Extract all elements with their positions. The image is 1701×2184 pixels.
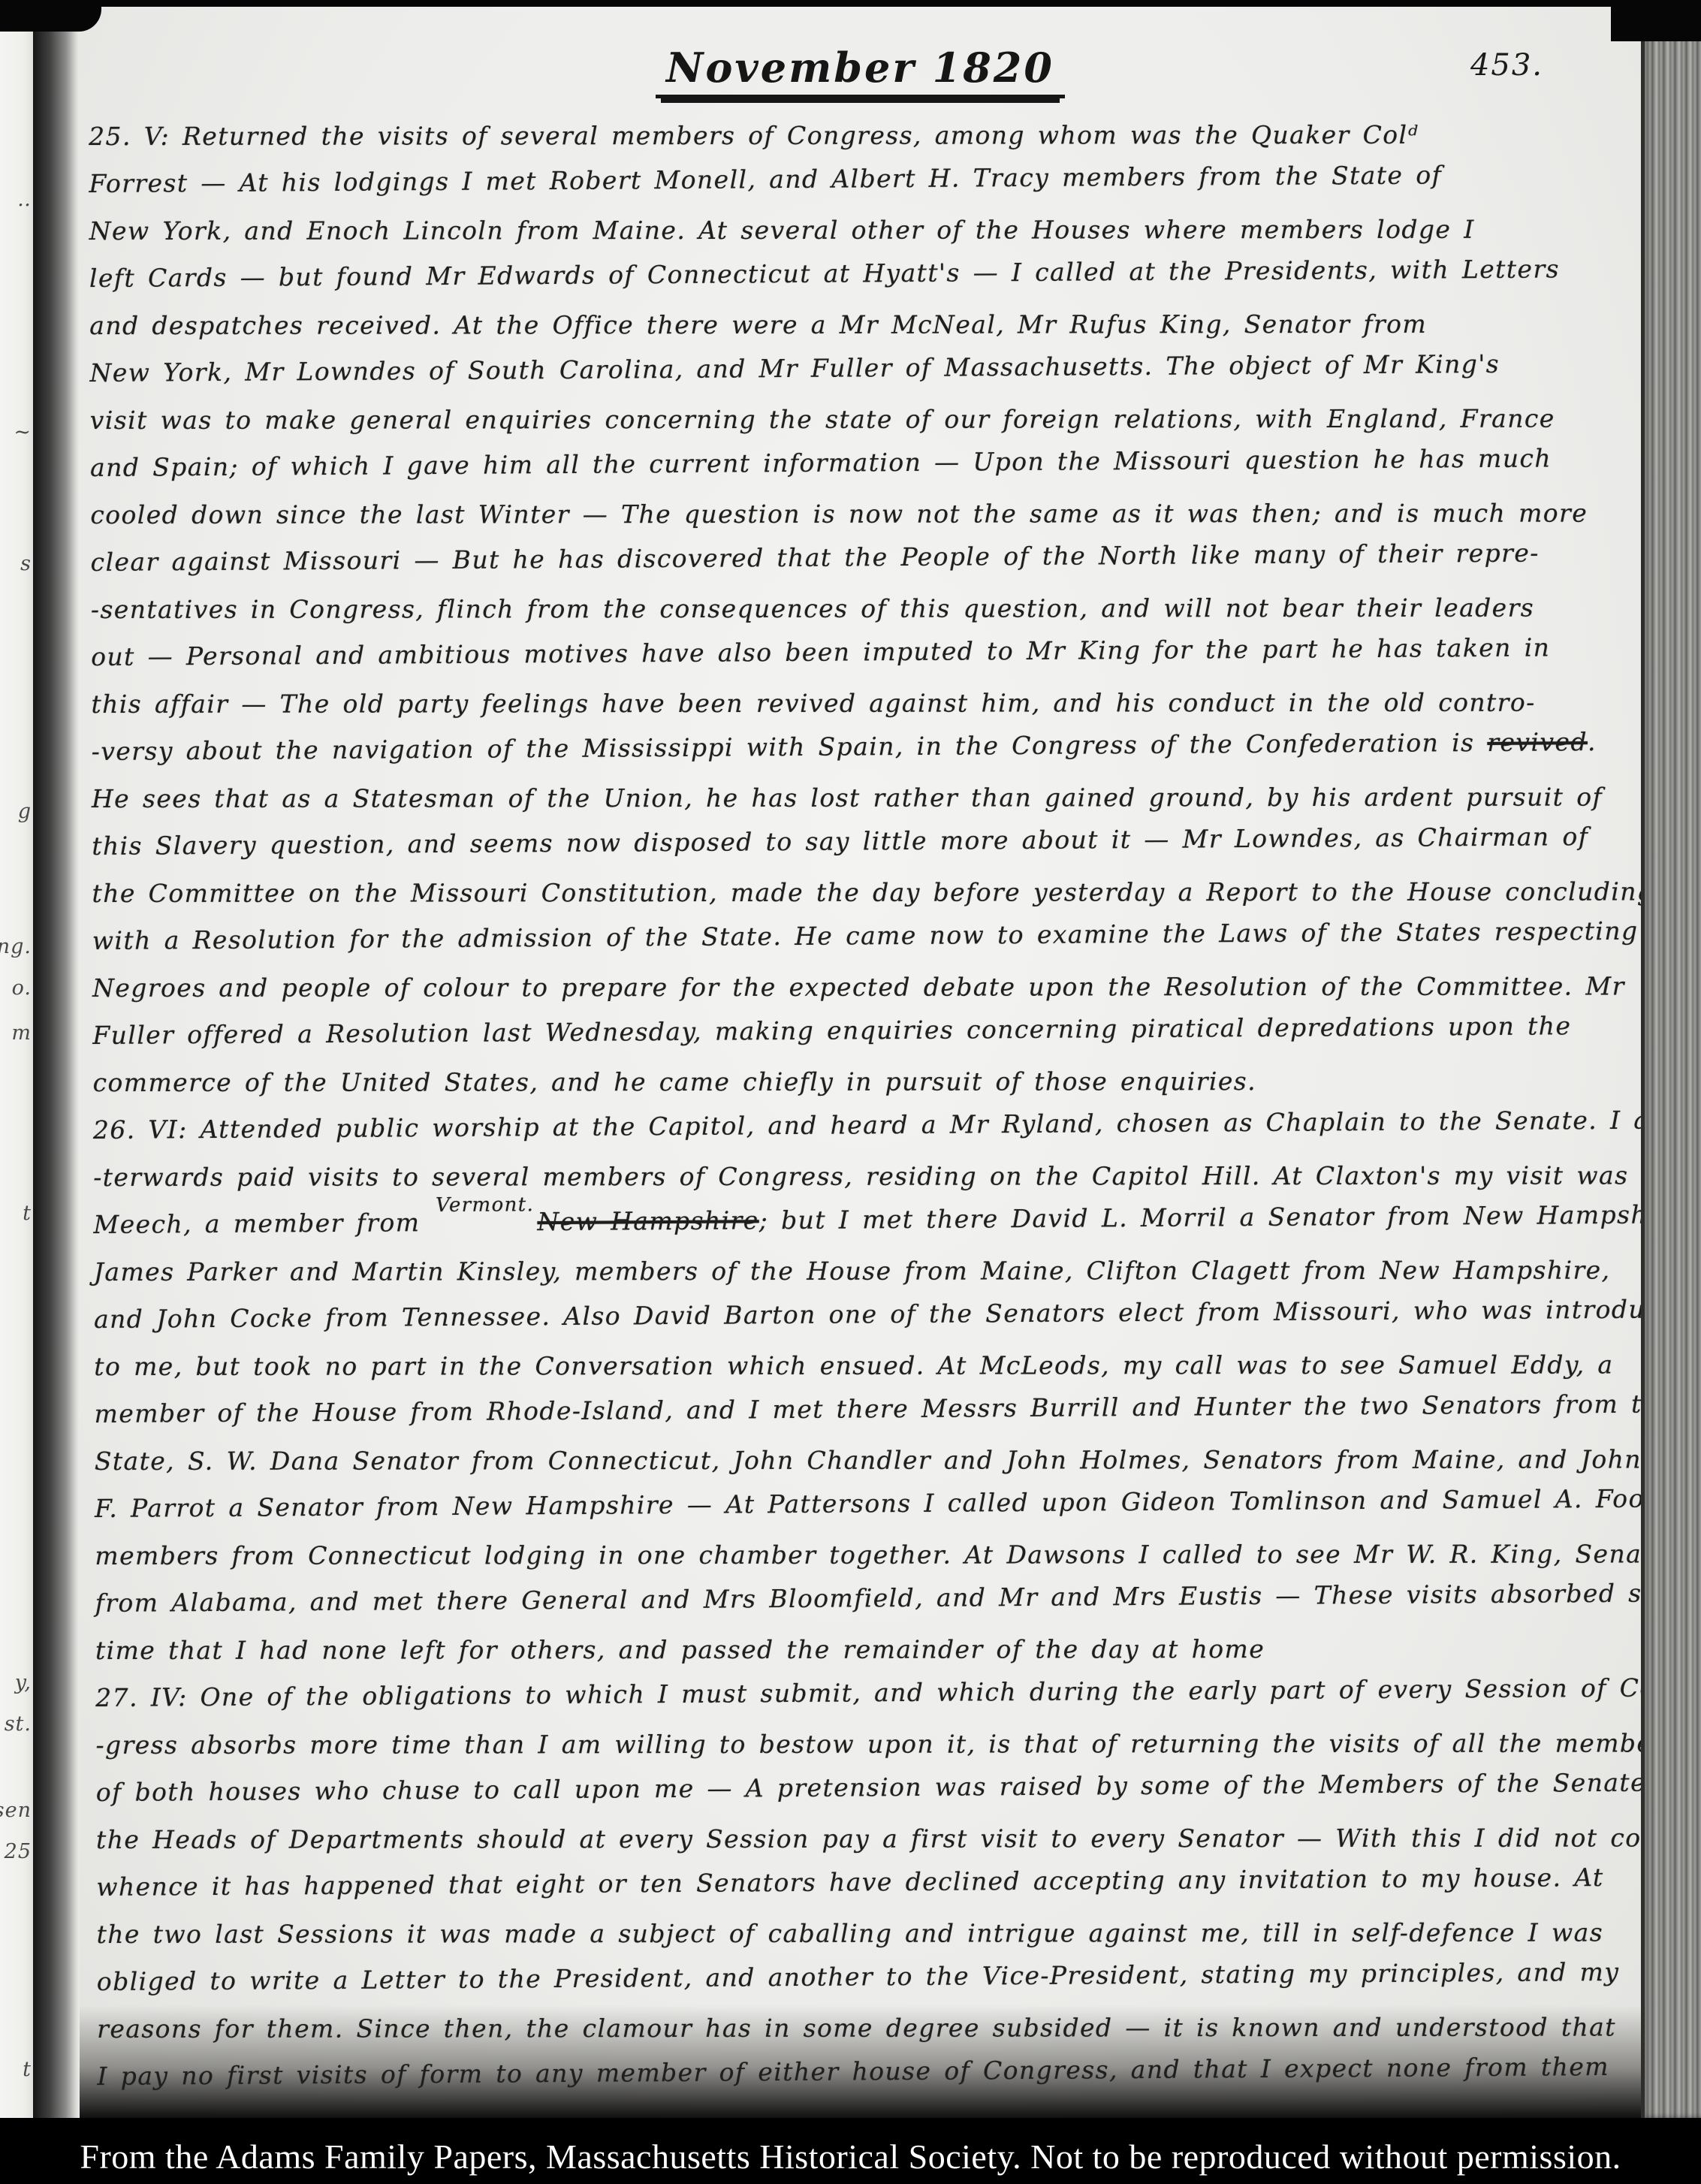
page-number: 453. xyxy=(1470,48,1543,83)
manuscript-line: New York, Mr Lowndes of South Carolina, … xyxy=(89,339,1633,397)
manuscript-line: 27. IV: One of the obligations to which … xyxy=(95,1664,1639,1721)
page-edge-inner-line xyxy=(1641,0,1645,2118)
manuscript-segment: members from Connecticut lodging in one … xyxy=(95,1539,1681,1570)
manuscript-segment: I pay no first visits of form to any mem… xyxy=(97,2052,1609,2091)
manuscript-line: Meech, a member from Vermont.New Hampshi… xyxy=(93,1191,1636,1248)
manuscript-segment: commerce of the United States, and he ca… xyxy=(93,1066,1256,1097)
manuscript-line: member of the House from Rhode-Island, a… xyxy=(94,1380,1637,1437)
caption-bar: From the Adams Family Papers, Massachuse… xyxy=(0,2118,1701,2184)
facing-page-ink-fragment: ‥ xyxy=(17,188,32,211)
manuscript-segment: He sees that as a Statesman of the Union… xyxy=(92,783,1603,813)
scan-top-edge xyxy=(0,0,1701,7)
manuscript-segment: . xyxy=(1588,727,1597,756)
manuscript-segment: Meech, a member from xyxy=(93,1208,433,1239)
manuscript-line: and Spain; of which I gave him all the c… xyxy=(90,434,1633,491)
manuscript-segment: and John Cocke from Tennessee. Also Davi… xyxy=(94,1294,1693,1334)
gutter-shadow xyxy=(33,0,80,2118)
manuscript-segment: member of the House from Rhode-Island, a… xyxy=(94,1389,1686,1428)
manuscript-segment: New York, and Enoch Lincoln from Maine. … xyxy=(89,215,1475,246)
manuscript-line: with a Resolution for the admission of t… xyxy=(92,907,1636,964)
manuscript-line: left Cards — but found Mr Edwards of Con… xyxy=(89,245,1633,302)
manuscript-line: I pay no first visits of form to any mem… xyxy=(97,2043,1640,2100)
manuscript-segment: whence it has happened that eight or ten… xyxy=(96,1863,1604,1902)
manuscript-segment: this Slavery question, and seems now dis… xyxy=(92,822,1588,861)
manuscript-segment: the two last Sessions it was made a subj… xyxy=(97,1918,1604,1949)
scan-corner-top-right xyxy=(1611,0,1701,41)
facing-page-ink-fragment: g xyxy=(18,800,32,823)
manuscript-segment: James Parker and Martin Kinsley, members… xyxy=(94,1256,1611,1287)
manuscript-segment: 27. IV: One of the obligations to which … xyxy=(95,1673,1682,1712)
manuscript-segment-strike: New Hampshire xyxy=(537,1205,759,1236)
manuscript-segment: cooled down since the last Winter — The … xyxy=(90,499,1588,529)
manuscript-segment: of both houses who chuse to call upon me… xyxy=(96,1767,1701,1807)
facing-page-ink-fragment: 25 xyxy=(5,1840,32,1863)
facing-page-strip: ‥~sgng.o.mty,st.sen25t xyxy=(0,8,33,2118)
manuscript-line: 26. VI: Attended public worship at the C… xyxy=(93,1097,1636,1154)
manuscript-segment: time that I had none left for others, an… xyxy=(95,1634,1265,1665)
facing-page-ink-fragment: y, xyxy=(15,1671,32,1694)
manuscript-segment: -sentatives in Congress, flinch from the… xyxy=(91,593,1534,624)
page-header: November 1820 453. xyxy=(80,44,1641,111)
manuscript-line: this Slavery question, and seems now dis… xyxy=(92,813,1635,870)
facing-page-ink-fragment: s xyxy=(20,552,32,575)
manuscript-segment: Negroes and people of colour to prepare … xyxy=(92,971,1625,1002)
manuscript-segment: to me, but took no part in the Conversat… xyxy=(94,1350,1613,1381)
manuscript-segment: State, S. W. Dana Senator from Connectic… xyxy=(95,1444,1642,1476)
manuscript-segment: left Cards — but found Mr Edwards of Con… xyxy=(89,254,1560,293)
caption-text: From the Adams Family Papers, Massachuse… xyxy=(0,2137,1701,2176)
manuscript-line: whence it has happened that eight or ten… xyxy=(96,1854,1639,1911)
manuscript-segment: and Spain; of which I gave him all the c… xyxy=(90,443,1552,482)
manuscript-line: and John Cocke from Tennessee. Also Davi… xyxy=(94,1286,1637,1343)
scan-corner-top-left xyxy=(0,0,101,32)
manuscript-line: out — Personal and ambitious motives hav… xyxy=(91,623,1634,680)
facing-page-ink-fragment: st. xyxy=(5,1712,32,1736)
manuscript-segment: clear against Missouri — But he has disc… xyxy=(90,538,1539,577)
month-year-title: November 1820 xyxy=(80,44,1641,92)
manuscript-segment: -gress absorbs more time than I am willi… xyxy=(95,1728,1678,1760)
manuscript-line: Fuller offered a Resolution last Wednesd… xyxy=(92,1002,1636,1059)
scanned-page: ‥~sgng.o.mty,st.sen25t November 1820 453… xyxy=(0,0,1701,2184)
manuscript-line: from Alabama, and met there General and … xyxy=(95,1570,1638,1627)
manuscript-line: F. Parrot a Senator from New Hampshire —… xyxy=(95,1475,1638,1532)
facing-page-ink-fragment: o. xyxy=(12,976,32,1000)
manuscript-segment: the Committee on the Missouri Constituti… xyxy=(92,876,1654,908)
manuscript-segment: with a Resolution for the admission of t… xyxy=(92,916,1639,955)
manuscript-segment: the Heads of Departments should at every… xyxy=(96,1823,1701,1854)
manuscript-segment: -versy about the navigation of the Missi… xyxy=(92,728,1488,766)
facing-page-ink-fragment: t xyxy=(23,1202,32,1225)
manuscript-segment: F. Parrot a Senator from New Hampshire —… xyxy=(95,1483,1664,1522)
manuscript-segment: from Alabama, and met there General and … xyxy=(95,1578,1701,1618)
manuscript-segment: reasons for them. Since then, the clamou… xyxy=(97,2013,1616,2044)
manuscript-segment-strike: revived xyxy=(1487,727,1588,757)
manuscript-line: -versy about the navigation of the Missi… xyxy=(92,718,1635,775)
page-edge-stack xyxy=(1641,0,1701,2118)
facing-page-ink-fragment: sen xyxy=(0,1799,32,1822)
manuscript-line: of both houses who chuse to call upon me… xyxy=(96,1759,1639,1816)
manuscript-line: clear against Missouri — But he has disc… xyxy=(90,529,1633,586)
facing-page-ink-fragment: ng. xyxy=(0,935,32,958)
facing-page-ink-fragment: t xyxy=(23,2058,32,2081)
manuscript-segment: 26. VI: Attended public worship at the C… xyxy=(93,1105,1669,1145)
manuscript-line: Forrest — At his lodgings I met Robert M… xyxy=(89,150,1632,207)
manuscript-lines: 25. V: Returned the visits of several me… xyxy=(89,106,1641,2100)
manuscript-segment: obliged to write a Letter to the Preside… xyxy=(97,1957,1620,1996)
manuscript-segment: 25. V: Returned the visits of several me… xyxy=(89,120,1419,151)
manuscript-segment: ; but I met there David L. Morril a Sena… xyxy=(759,1199,1695,1235)
manuscript-segment: out — Personal and ambitious motives hav… xyxy=(91,632,1550,671)
facing-page-ink-fragment: ~ xyxy=(14,421,32,444)
manuscript-segment: New York, Mr Lowndes of South Carolina, … xyxy=(89,349,1500,388)
manuscript-segment: visit was to make general enquiries conc… xyxy=(90,404,1555,435)
manuscript-segment: Forrest — At his lodgings I met Robert M… xyxy=(89,160,1442,198)
manuscript-segment: -terwards paid visits to several members… xyxy=(93,1160,1701,1192)
manuscript-segment: Fuller offered a Resolution last Wednesd… xyxy=(92,1011,1571,1050)
facing-page-ink-fragment: m xyxy=(11,1021,32,1045)
manuscript-segment: and despatches received. At the Office t… xyxy=(89,309,1427,340)
manuscript-segment-insert: Vermont. xyxy=(436,1181,535,1229)
manuscript-line: obliged to write a Letter to the Preside… xyxy=(97,1948,1640,2005)
manuscript-segment: this affair — The old party feelings hav… xyxy=(91,688,1535,719)
